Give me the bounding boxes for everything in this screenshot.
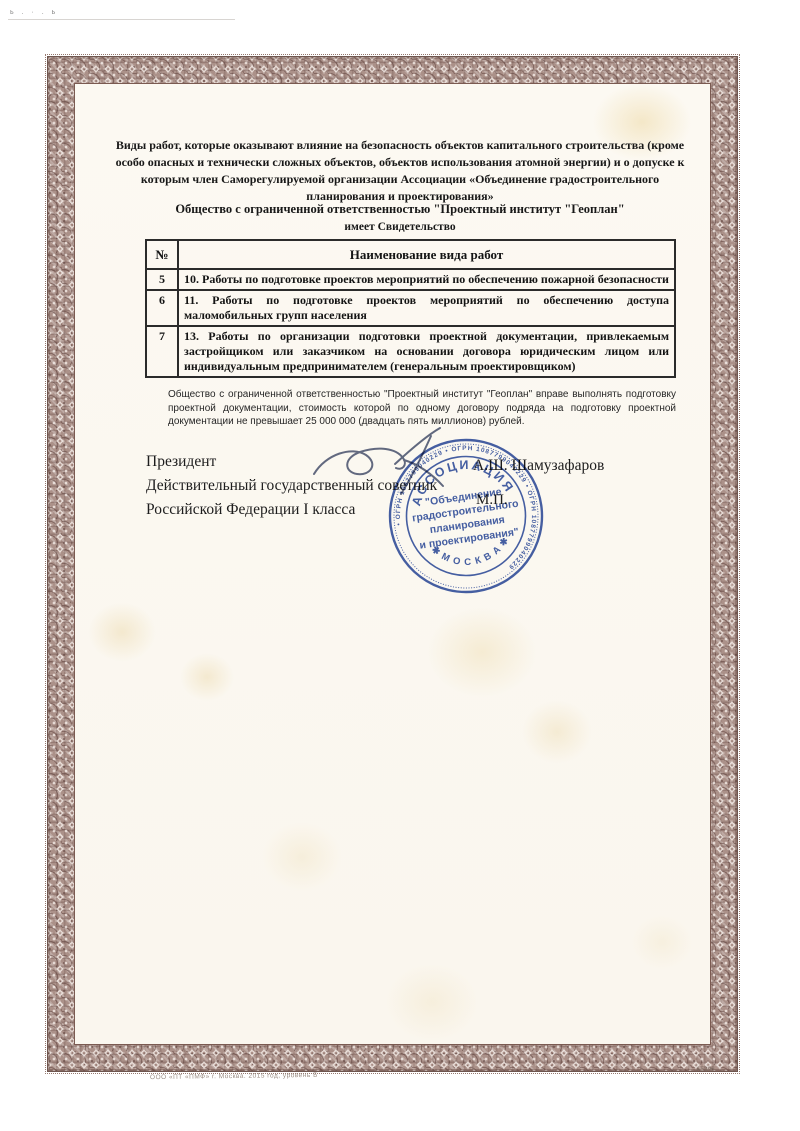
scan-artifact-marks: ь . · . ь xyxy=(10,9,58,17)
column-name-header: Наименование вида работ xyxy=(178,240,675,269)
column-number-header: № xyxy=(146,240,178,269)
table-row: 6 11. Работы по подготовке проектов меро… xyxy=(146,290,675,326)
table-header-row: № Наименование вида работ xyxy=(146,240,675,269)
table-row: 5 10. Работы по подготовке проектов меро… xyxy=(146,269,675,290)
row-work-description: 13. Работы по организации подготовки про… xyxy=(178,326,675,377)
association-round-stamp: • ОГРН 1087799040229 • ОГРН 108779904022… xyxy=(376,426,557,607)
row-work-description: 10. Работы по подготовке проектов меропр… xyxy=(178,269,675,290)
row-number: 6 xyxy=(146,290,178,326)
row-work-description: 11. Работы по подготовке проектов меропр… xyxy=(178,290,675,326)
table-row: 7 13. Работы по организации подготовки п… xyxy=(146,326,675,377)
work-types-table: № Наименование вида работ 5 10. Работы п… xyxy=(145,239,676,378)
organization-name: Общество с ограниченной ответственностью… xyxy=(100,202,700,217)
printing-house-imprint: ООО «ПТ «ПМФ» г. Москва. 2015 год, урове… xyxy=(150,1072,318,1082)
certificate-intro-text: Виды работ, которые оказывают влияние на… xyxy=(108,137,692,205)
scan-artifact-line xyxy=(8,19,235,20)
cost-limit-note: Общество с ограниченной ответственностью… xyxy=(168,388,676,429)
form-serial-number: А5396 xyxy=(696,1066,715,1074)
has-certificate-line: имеет Свидетельство xyxy=(100,221,700,233)
row-number: 7 xyxy=(146,326,178,377)
row-number: 5 xyxy=(146,269,178,290)
